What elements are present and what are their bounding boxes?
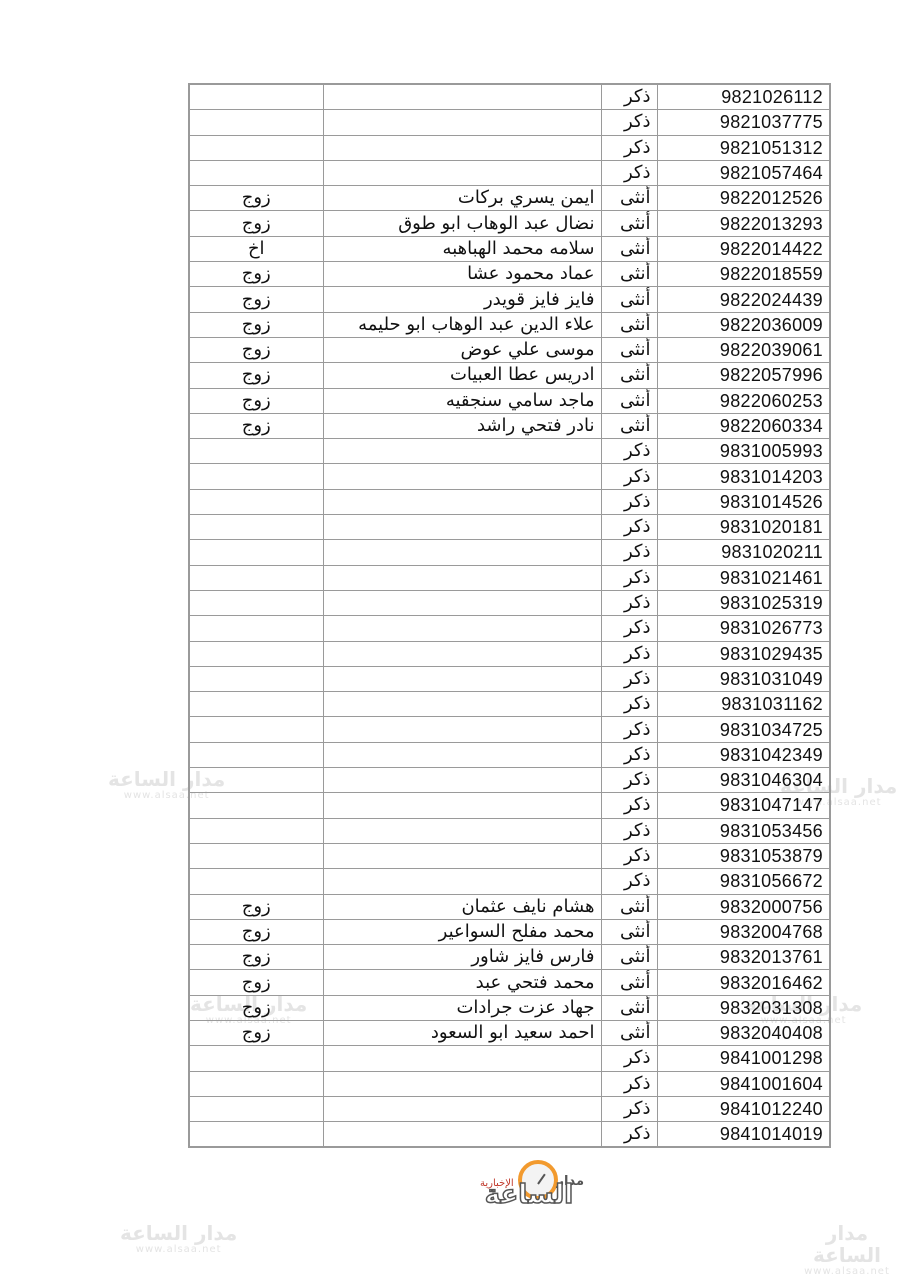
name-cell xyxy=(323,110,601,135)
table-row: زوجفارس فايز شاورأنثى9832013761 xyxy=(189,945,830,970)
name-cell: ادريس عطا العبيات xyxy=(323,363,601,388)
roster-table: ذكر9821026112ذكر9821037775ذكر9821051312ذ… xyxy=(188,83,831,1148)
gender-cell: ذكر xyxy=(601,464,657,489)
relation-cell xyxy=(189,818,323,843)
gender-cell: ذكر xyxy=(601,110,657,135)
name-cell: فايز فايز قويدر xyxy=(323,287,601,312)
gender-cell: أنثى xyxy=(601,312,657,337)
table-row: ذكر9831025319 xyxy=(189,590,830,615)
table-row: اخسلامه محمد الهباهبهأنثى9822014422 xyxy=(189,236,830,261)
relation-cell xyxy=(189,515,323,540)
relation-cell: اخ xyxy=(189,236,323,261)
gender-cell: ذكر xyxy=(601,565,657,590)
gender-cell: أنثى xyxy=(601,337,657,362)
relation-cell: زوج xyxy=(189,894,323,919)
id-cell: 9821057464 xyxy=(657,160,830,185)
table-row: زوجايمن يسري بركاتأنثى9822012526 xyxy=(189,186,830,211)
table-row: ذكر9831053456 xyxy=(189,818,830,843)
gender-cell: ذكر xyxy=(601,439,657,464)
relation-cell xyxy=(189,1046,323,1071)
name-cell: محمد فتحي عبد xyxy=(323,970,601,995)
name-cell xyxy=(323,666,601,691)
table-row: زوجنضال عبد الوهاب ابو طوقأنثى9822013293 xyxy=(189,211,830,236)
table-row: زوجاحمد سعيد ابو السعودأنثى9832040408 xyxy=(189,1020,830,1045)
gender-cell: ذكر xyxy=(601,666,657,691)
gender-cell: أنثى xyxy=(601,262,657,287)
relation-cell xyxy=(189,793,323,818)
relation-cell xyxy=(189,641,323,666)
name-cell xyxy=(323,742,601,767)
id-cell: 9831056672 xyxy=(657,869,830,894)
gender-cell: ذكر xyxy=(601,793,657,818)
watermark-url: www.alsaa.net xyxy=(120,1244,237,1256)
gender-cell: ذكر xyxy=(601,160,657,185)
id-cell: 9832004768 xyxy=(657,919,830,944)
name-cell: موسى علي عوض xyxy=(323,337,601,362)
gender-cell: ذكر xyxy=(601,616,657,641)
id-cell: 9841012240 xyxy=(657,1096,830,1121)
id-cell: 9822012526 xyxy=(657,186,830,211)
table-row: زوجموسى علي عوضأنثى9822039061 xyxy=(189,337,830,362)
table-row: ذكر9831014526 xyxy=(189,489,830,514)
relation-cell: زوج xyxy=(189,363,323,388)
table-row: زوجمحمد مفلح السواعيرأنثى9832004768 xyxy=(189,919,830,944)
table-row: ذكر9831031162 xyxy=(189,692,830,717)
gender-cell: أنثى xyxy=(601,186,657,211)
id-cell: 9841001604 xyxy=(657,1071,830,1096)
id-cell: 9822060253 xyxy=(657,388,830,413)
gender-cell: ذكر xyxy=(601,1122,657,1148)
relation-cell xyxy=(189,869,323,894)
relation-cell xyxy=(189,489,323,514)
relation-cell: زوج xyxy=(189,186,323,211)
gender-cell: أنثى xyxy=(601,970,657,995)
name-cell: ايمن يسري بركات xyxy=(323,186,601,211)
id-cell: 9832000756 xyxy=(657,894,830,919)
id-cell: 9821037775 xyxy=(657,110,830,135)
relation-cell xyxy=(189,768,323,793)
name-cell xyxy=(323,515,601,540)
gender-cell: ذكر xyxy=(601,489,657,514)
name-cell xyxy=(323,84,601,110)
name-cell: احمد سعيد ابو السعود xyxy=(323,1020,601,1045)
table-row: ذكر9831020211 xyxy=(189,540,830,565)
id-cell: 9831034725 xyxy=(657,717,830,742)
name-cell xyxy=(323,464,601,489)
gender-cell: أنثى xyxy=(601,363,657,388)
name-cell: سلامه محمد الهباهبه xyxy=(323,236,601,261)
id-cell: 9831031049 xyxy=(657,666,830,691)
relation-cell: زوج xyxy=(189,413,323,438)
name-cell xyxy=(323,1096,601,1121)
gender-cell: ذكر xyxy=(601,84,657,110)
table-row: ذكر9831005993 xyxy=(189,439,830,464)
table-row: زوججهاد عزت جراداتأنثى9832031308 xyxy=(189,995,830,1020)
relation-cell: زوج xyxy=(189,919,323,944)
name-cell: جهاد عزت جرادات xyxy=(323,995,601,1020)
relation-cell xyxy=(189,84,323,110)
name-cell xyxy=(323,692,601,717)
id-cell: 9831029435 xyxy=(657,641,830,666)
name-cell xyxy=(323,768,601,793)
relation-cell xyxy=(189,160,323,185)
table-row: زوجماجد سامي سنجقيهأنثى9822060253 xyxy=(189,388,830,413)
id-cell: 9822036009 xyxy=(657,312,830,337)
id-cell: 9831031162 xyxy=(657,692,830,717)
name-cell xyxy=(323,565,601,590)
table-row: زوجنادر فتحي راشدأنثى9822060334 xyxy=(189,413,830,438)
gender-cell: أنثى xyxy=(601,388,657,413)
name-cell: محمد مفلح السواعير xyxy=(323,919,601,944)
name-cell: ماجد سامي سنجقيه xyxy=(323,388,601,413)
name-cell xyxy=(323,616,601,641)
table-row: ذكر9831053879 xyxy=(189,843,830,868)
gender-cell: أنثى xyxy=(601,995,657,1020)
relation-cell xyxy=(189,616,323,641)
relation-cell xyxy=(189,742,323,767)
table-row: ذكر9831034725 xyxy=(189,717,830,742)
table-row: ذكر9841001604 xyxy=(189,1071,830,1096)
id-cell: 9841014019 xyxy=(657,1122,830,1148)
relation-cell xyxy=(189,666,323,691)
id-cell: 9831046304 xyxy=(657,768,830,793)
name-cell xyxy=(323,793,601,818)
table-row: ذكر9831031049 xyxy=(189,666,830,691)
table-row: ذكر9841014019 xyxy=(189,1122,830,1148)
name-cell xyxy=(323,717,601,742)
name-cell: عماد محمود عشا xyxy=(323,262,601,287)
relation-cell xyxy=(189,540,323,565)
watermark-title: مدار الساعة xyxy=(790,1222,904,1266)
relation-cell: زوج xyxy=(189,945,323,970)
id-cell: 9831047147 xyxy=(657,793,830,818)
document-page: مدار الساعة www.alsaa.net مدار الساعة ww… xyxy=(0,0,904,1280)
gender-cell: ذكر xyxy=(601,641,657,666)
table-row: ذكر9831046304 xyxy=(189,768,830,793)
gender-cell: ذكر xyxy=(601,869,657,894)
name-cell xyxy=(323,540,601,565)
table-row: ذكر9821051312 xyxy=(189,135,830,160)
gender-cell: أنثى xyxy=(601,919,657,944)
relation-cell xyxy=(189,717,323,742)
id-cell: 9822060334 xyxy=(657,413,830,438)
roster-body: ذكر9821026112ذكر9821037775ذكر9821051312ذ… xyxy=(189,84,830,1147)
watermark-bottom-left: مدار الساعة www.alsaa.net xyxy=(120,1222,237,1256)
table-row: زوجهشام نايف عثمانأنثى9832000756 xyxy=(189,894,830,919)
id-cell: 9822024439 xyxy=(657,287,830,312)
name-cell xyxy=(323,1122,601,1148)
name-cell: علاء الدين عبد الوهاب ابو حليمه xyxy=(323,312,601,337)
id-cell: 9831014526 xyxy=(657,489,830,514)
gender-cell: ذكر xyxy=(601,540,657,565)
gender-cell: أنثى xyxy=(601,945,657,970)
watermark-title: مدار الساعة xyxy=(120,1222,237,1244)
name-cell: هشام نايف عثمان xyxy=(323,894,601,919)
name-cell xyxy=(323,439,601,464)
name-cell xyxy=(323,843,601,868)
table-row: ذكر9821057464 xyxy=(189,160,830,185)
gender-cell: ذكر xyxy=(601,590,657,615)
gender-cell: ذكر xyxy=(601,843,657,868)
relation-cell: زوج xyxy=(189,287,323,312)
relation-cell: زوج xyxy=(189,388,323,413)
relation-cell xyxy=(189,1071,323,1096)
table-row: ذكر9831014203 xyxy=(189,464,830,489)
id-cell: 9831020211 xyxy=(657,540,830,565)
id-cell: 9831021461 xyxy=(657,565,830,590)
id-cell: 9832031308 xyxy=(657,995,830,1020)
table-row: ذكر9831029435 xyxy=(189,641,830,666)
id-cell: 9822018559 xyxy=(657,262,830,287)
gender-cell: ذكر xyxy=(601,692,657,717)
name-cell: نادر فتحي راشد xyxy=(323,413,601,438)
relation-cell: زوج xyxy=(189,337,323,362)
table-row: زوجفايز فايز قويدرأنثى9822024439 xyxy=(189,287,830,312)
watermark-url: www.alsaa.net xyxy=(790,1266,904,1278)
gender-cell: أنثى xyxy=(601,413,657,438)
relation-cell: زوج xyxy=(189,262,323,287)
id-cell: 9831025319 xyxy=(657,590,830,615)
table-row: ذكر9831047147 xyxy=(189,793,830,818)
table-row: ذكر9831042349 xyxy=(189,742,830,767)
relation-cell xyxy=(189,843,323,868)
name-cell xyxy=(323,590,601,615)
id-cell: 9822014422 xyxy=(657,236,830,261)
relation-cell: زوج xyxy=(189,995,323,1020)
name-cell xyxy=(323,1046,601,1071)
gender-cell: أنثى xyxy=(601,894,657,919)
site-logo: الإخبارية مدار الساعة xyxy=(474,1160,584,1220)
relation-cell xyxy=(189,1122,323,1148)
id-cell: 9832013761 xyxy=(657,945,830,970)
table-row: ذكر9841001298 xyxy=(189,1046,830,1071)
name-cell xyxy=(323,489,601,514)
table-row: ذكر9831021461 xyxy=(189,565,830,590)
name-cell xyxy=(323,1071,601,1096)
gender-cell: أنثى xyxy=(601,236,657,261)
table-row: زوجعلاء الدين عبد الوهاب ابو حليمهأنثى98… xyxy=(189,312,830,337)
relation-cell: زوج xyxy=(189,312,323,337)
table-row: زوجمحمد فتحي عبدأنثى9832016462 xyxy=(189,970,830,995)
watermark-bottom-right: مدار الساعة www.alsaa.net xyxy=(790,1222,904,1278)
gender-cell: ذكر xyxy=(601,135,657,160)
gender-cell: ذكر xyxy=(601,742,657,767)
table-row: ذكر9831056672 xyxy=(189,869,830,894)
gender-cell: ذكر xyxy=(601,768,657,793)
id-cell: 9831042349 xyxy=(657,742,830,767)
gender-cell: ذكر xyxy=(601,1071,657,1096)
relation-cell xyxy=(189,565,323,590)
relation-cell: زوج xyxy=(189,1020,323,1045)
id-cell: 9822057996 xyxy=(657,363,830,388)
name-cell xyxy=(323,160,601,185)
relation-cell xyxy=(189,590,323,615)
relation-cell xyxy=(189,1096,323,1121)
logo-title: الساعة xyxy=(474,1180,584,1210)
table-row: ذكر9821037775 xyxy=(189,110,830,135)
name-cell: فارس فايز شاور xyxy=(323,945,601,970)
id-cell: 9821026112 xyxy=(657,84,830,110)
name-cell xyxy=(323,135,601,160)
id-cell: 9822013293 xyxy=(657,211,830,236)
id-cell: 9831053456 xyxy=(657,818,830,843)
relation-cell: زوج xyxy=(189,970,323,995)
id-cell: 9821051312 xyxy=(657,135,830,160)
id-cell: 9832040408 xyxy=(657,1020,830,1045)
gender-cell: ذكر xyxy=(601,1046,657,1071)
gender-cell: ذكر xyxy=(601,515,657,540)
relation-cell: زوج xyxy=(189,211,323,236)
name-cell xyxy=(323,641,601,666)
table-row: زوجادريس عطا العبياتأنثى9822057996 xyxy=(189,363,830,388)
gender-cell: أنثى xyxy=(601,211,657,236)
id-cell: 9831014203 xyxy=(657,464,830,489)
relation-cell xyxy=(189,135,323,160)
name-cell xyxy=(323,869,601,894)
relation-cell xyxy=(189,439,323,464)
gender-cell: أنثى xyxy=(601,1020,657,1045)
name-cell: نضال عبد الوهاب ابو طوق xyxy=(323,211,601,236)
table-row: زوجعماد محمود عشاأنثى9822018559 xyxy=(189,262,830,287)
table-row: ذكر9831020181 xyxy=(189,515,830,540)
relation-cell xyxy=(189,110,323,135)
id-cell: 9822039061 xyxy=(657,337,830,362)
id-cell: 9831005993 xyxy=(657,439,830,464)
gender-cell: أنثى xyxy=(601,287,657,312)
gender-cell: ذكر xyxy=(601,1096,657,1121)
gender-cell: ذكر xyxy=(601,818,657,843)
table-row: ذكر9821026112 xyxy=(189,84,830,110)
id-cell: 9841001298 xyxy=(657,1046,830,1071)
id-cell: 9832016462 xyxy=(657,970,830,995)
id-cell: 9831020181 xyxy=(657,515,830,540)
id-cell: 9831026773 xyxy=(657,616,830,641)
relation-cell xyxy=(189,692,323,717)
table-row: ذكر9841012240 xyxy=(189,1096,830,1121)
name-cell xyxy=(323,818,601,843)
relation-cell xyxy=(189,464,323,489)
id-cell: 9831053879 xyxy=(657,843,830,868)
gender-cell: ذكر xyxy=(601,717,657,742)
table-row: ذكر9831026773 xyxy=(189,616,830,641)
